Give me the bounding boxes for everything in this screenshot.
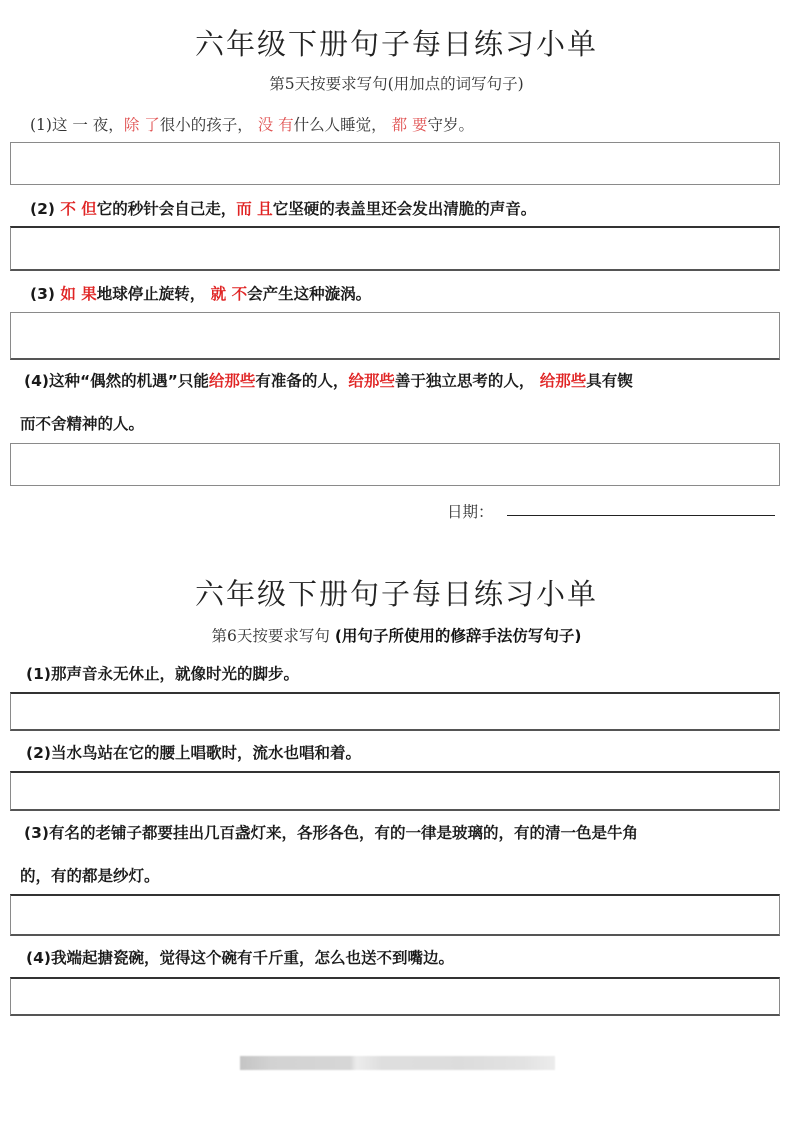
page1-question-4-line2: 而不舍精神的人。 <box>20 414 144 434</box>
answer-box-p1-q4[interactable] <box>10 443 780 486</box>
highlighted-word: 就 不 <box>211 285 247 303</box>
q-text: 很小的孩子， <box>160 116 258 134</box>
page2-question-3-line2: 的，有的都是纱灯。 <box>20 866 160 886</box>
page2-subtitle: 第6天按要求写句 (用句子所使用的修辞手法仿写句子) <box>0 624 793 646</box>
answer-box-p2-q2[interactable] <box>10 771 780 811</box>
q-text: 守岁。 <box>428 116 475 134</box>
page1-question-3: (3) 如 果地球停止旋转， 就 不会产生这种漩涡。 <box>30 284 371 304</box>
page1-question-4-line1: (4)这种“偶然的机遇”只能给那些有准备的人，给那些善于独立思考的人， 给那些具… <box>24 371 633 391</box>
q-text: (1)这 一 夜， <box>30 116 124 134</box>
highlighted-word: 如 果 <box>60 285 96 303</box>
page1-question-2: (2) 不 但它的秒针会自己走，而 且它坚硬的表盖里还会发出清脆的声音。 <box>30 199 536 219</box>
subtitle-bold: (用句子所使用的修辞手法仿写句子) <box>335 627 582 645</box>
q-text: 有准备的人， <box>255 372 348 390</box>
answer-box-p2-q4[interactable] <box>10 977 780 1016</box>
highlighted-word: 除 了 <box>124 116 160 134</box>
page1-title: 六年级下册句子每日练习小单 <box>0 22 793 63</box>
q-text: 它坚硬的表盖里还会发出清脆的声音。 <box>273 200 537 218</box>
q-text: (2) <box>30 200 60 218</box>
highlighted-word: 都 要 <box>392 116 428 134</box>
answer-box-p2-q1[interactable] <box>10 692 780 731</box>
highlighted-word: 给那些 <box>209 372 256 390</box>
page1-subtitle: 第5天按要求写句(用加点的词写句子) <box>0 72 793 94</box>
page2-question-1: (1)那声音永无休止，就像时光的脚步。 <box>26 664 299 684</box>
page2-question-2: (2)当水鸟站在它的腰上唱歌时，流水也唱和着。 <box>26 743 361 763</box>
answer-box-p1-q1[interactable] <box>10 142 780 185</box>
highlighted-word: 不 但 <box>60 200 96 218</box>
q-text: 具有锲 <box>586 372 633 390</box>
date-input-line[interactable] <box>507 515 775 516</box>
page1-question-1: (1)这 一 夜，除 了很小的孩子， 没 有什么人睡觉， 都 要守岁。 <box>30 115 474 135</box>
q-text: 地球停止旋转， <box>97 285 211 303</box>
answer-box-p2-q3[interactable] <box>10 894 780 936</box>
q-text: 什么人睡觉， <box>294 116 392 134</box>
highlighted-word: 没 有 <box>258 116 294 134</box>
highlighted-word: 给那些 <box>348 372 395 390</box>
q-text: (3) <box>30 285 60 303</box>
q-text: (4)这种“偶然的机遇”只能 <box>24 372 209 390</box>
q-text: 会产生这种漩涡。 <box>247 285 371 303</box>
date-label: 日期： <box>447 500 494 522</box>
highlighted-word: 而 且 <box>236 200 272 218</box>
answer-box-p1-q3[interactable] <box>10 312 780 360</box>
page2-title: 六年级下册句子每日练习小单 <box>0 572 793 613</box>
highlighted-word: 给那些 <box>540 372 587 390</box>
q-text: 它的秒针会自己走， <box>97 200 237 218</box>
blurred-watermark <box>240 1056 555 1070</box>
q-text: 善于独立思考的人， <box>395 372 540 390</box>
page2-question-3-line1: (3)有名的老铺子都要挂出几百盏灯来，各形各色，有的一律是玻璃的，有的清一色是牛… <box>24 823 638 843</box>
subtitle-plain: 第6天按要求写句 <box>212 627 335 645</box>
page2-question-4: (4)我端起搪瓷碗，觉得这个碗有千斤重，怎么也送不到嘴边。 <box>26 948 454 968</box>
answer-box-p1-q2[interactable] <box>10 226 780 271</box>
